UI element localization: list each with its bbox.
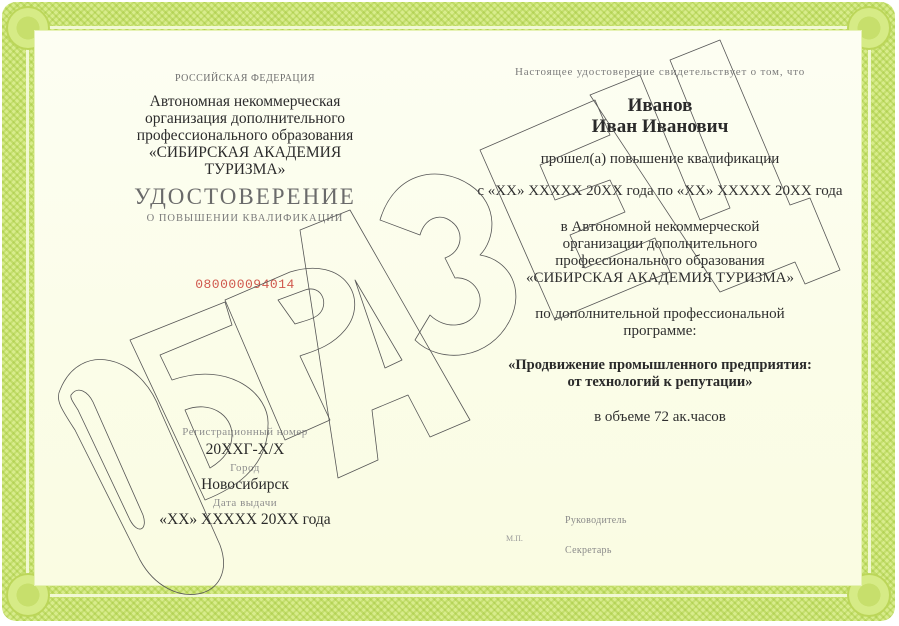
program-hours: в объеме 72 ак.часов bbox=[455, 409, 865, 426]
right-page: Настоящее удостоверение свидетельствует … bbox=[455, 66, 865, 426]
organization-line: профессионального образования bbox=[120, 127, 370, 144]
program-name-line: от технологий к репутации» bbox=[455, 374, 865, 391]
city-value: Новосибирск bbox=[120, 476, 370, 494]
passed-text: прошел(а) повышение квалификации bbox=[455, 151, 865, 168]
attestation-text: Настоящее удостоверение свидетельствует … bbox=[455, 66, 865, 78]
holder-name: Иванов Иван Иванович bbox=[455, 95, 865, 137]
certificate: РОССИЙСКАЯ ФЕДЕРАЦИЯ Автономная некоммер… bbox=[0, 0, 899, 626]
left-page: РОССИЙСКАЯ ФЕДЕРАЦИЯ Автономная некоммер… bbox=[120, 70, 370, 529]
program-intro-line: программе: bbox=[455, 323, 865, 340]
institution-line: организации дополнительного bbox=[455, 236, 865, 253]
organization-name: Автономная некоммерческая организация до… bbox=[120, 93, 370, 178]
document-subtitle: О ПОВЫШЕНИИ КВАЛИФИКАЦИИ bbox=[120, 213, 370, 224]
institution-line: «СИБИРСКАЯ АКАДЕМИЯ ТУРИЗМА» bbox=[455, 270, 865, 287]
city-label: Город bbox=[120, 462, 370, 474]
stamp-placeholder: М.П. bbox=[506, 534, 523, 543]
issue-date-label: Дата выдачи bbox=[120, 497, 370, 509]
registration-value: 20ХХГ-Х/Х bbox=[120, 441, 370, 459]
training-period: с «ХХ» ХХХХХ 20ХХ года по «ХХ» ХХХХХ 20Х… bbox=[455, 183, 865, 200]
document-title: УДОСТОВЕРЕНИЕ bbox=[120, 184, 370, 210]
organization-line: «СИБИРСКАЯ АКАДЕМИЯ ТУРИЗМА» bbox=[120, 144, 370, 178]
program-name-line: «Продвижение промышленного предприятия: bbox=[455, 357, 865, 374]
program-intro: по дополнительной профессиональной прогр… bbox=[455, 306, 865, 340]
program-intro-line: по дополнительной профессиональной bbox=[455, 306, 865, 323]
holder-surname: Иванов bbox=[455, 95, 865, 116]
serial-number: 080000094014 bbox=[120, 277, 370, 292]
institution-line: в Автономной некоммерческой bbox=[455, 219, 865, 236]
head-signature-label: Руководитель bbox=[565, 515, 627, 526]
secretary-signature-label: Секретарь bbox=[565, 545, 612, 556]
institution-line: профессионального образования bbox=[455, 253, 865, 270]
program-name: «Продвижение промышленного предприятия: … bbox=[455, 357, 865, 391]
issue-date-value: «ХХ» ХХХХХ 20ХХ года bbox=[120, 511, 370, 529]
institution-name: в Автономной некоммерческой организации … bbox=[455, 219, 865, 287]
organization-line: Автономная некоммерческая bbox=[120, 93, 370, 110]
country-heading: РОССИЙСКАЯ ФЕДЕРАЦИЯ bbox=[120, 73, 370, 84]
signature-block: Руководитель М.П. Секретарь bbox=[500, 515, 750, 565]
holder-given-names: Иван Иванович bbox=[455, 116, 865, 137]
organization-line: организация дополнительного bbox=[120, 110, 370, 127]
registration-label: Регистрационный номер bbox=[120, 426, 370, 438]
